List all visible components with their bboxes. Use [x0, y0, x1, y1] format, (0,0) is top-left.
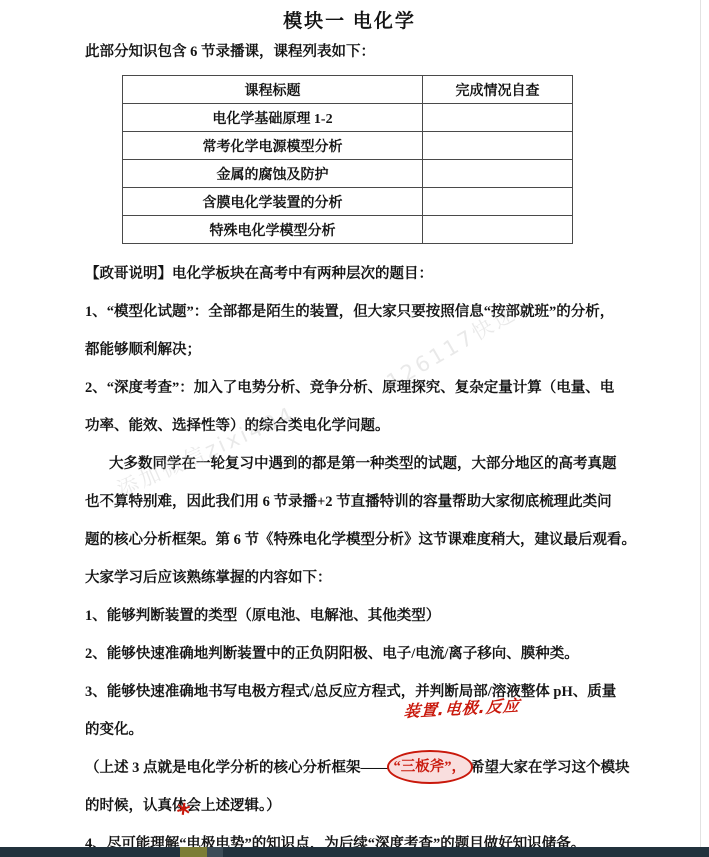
table-row: 电化学基础原理 1-2	[123, 104, 573, 132]
body-line: 题的核心分析框架。第 6 节《特殊电化学模型分析》这节课难度稍大，建议最后观看。	[85, 521, 660, 559]
line-segment: （上述 3 点就是电化学分析的核心分析框架——	[85, 760, 390, 776]
table-row: 常考化学电源模型分析	[123, 132, 573, 160]
table-row: 含膜电化学装置的分析	[123, 188, 573, 216]
completion-status-cell	[423, 188, 573, 216]
completion-status-cell	[423, 104, 573, 132]
completion-status-cell	[423, 160, 573, 188]
body-line: 2、能够快速准确地判断装置中的正负阴阳极、电子/电流/离子移向、膜种类。	[85, 635, 660, 673]
page-title: 模块一 电化学	[0, 6, 699, 33]
intro-text: 此部分知识包含 6 节录播课，课程列表如下：	[85, 40, 375, 61]
completion-status-cell	[423, 216, 573, 244]
body-line: 2、“深度考查”：加入了电势分析、竞争分析、原理探究、复杂定量计算（电量、电	[85, 369, 660, 407]
course-title-cell: 电化学基础原理 1-2	[123, 104, 423, 132]
body-line: 大家学习后应该熟练掌握的内容如下：	[85, 559, 660, 597]
page-edge-divider	[700, 0, 701, 847]
completion-status-header: 完成情况自查	[423, 76, 573, 104]
body-text: 【政哥说明】电化学板块在高考中有两种层次的题目： 1、“模型化试题”：全部都是陌…	[85, 255, 660, 857]
course-title-cell: 常考化学电源模型分析	[123, 132, 423, 160]
taskbar-item-accent[interactable]	[180, 847, 207, 857]
body-line: 功率、能效、选择性等）的综合类电化学问题。	[85, 407, 660, 445]
course-title-cell: 含膜电化学装置的分析	[123, 188, 423, 216]
line-segment: 希望大家在学习这个模块	[470, 760, 630, 776]
table-row: 金属的腐蚀及防护	[123, 160, 573, 188]
course-title-header: 课程标题	[123, 76, 423, 104]
course-title-cell: 金属的腐蚀及防护	[123, 160, 423, 188]
body-line: 1、“模型化试题”：全部都是陌生的装置，但大家只要按照信息“按部就班”的分析，	[85, 293, 660, 331]
body-line-with-circle: （上述 3 点就是电化学分析的核心分析框架——“三板斧”，希望大家在学习这个模块	[85, 749, 660, 787]
course-table: 课程标题 完成情况自查 电化学基础原理 1-2 常考化学电源模型分析 金属的腐蚀…	[122, 75, 573, 244]
completion-status-cell	[423, 132, 573, 160]
table-header-row: 课程标题 完成情况自查	[123, 76, 573, 104]
red-circle-annotation: “三板斧”，	[387, 750, 474, 784]
body-line: 1、能够判断装置的类型（原电池、电解池、其他类型）	[85, 597, 660, 635]
body-line: 3、能够快速准确地书写电极方程式/总反应方程式，并判断局部/溶液整体 pH、质量	[85, 673, 660, 711]
body-line: 的时候，认真体会上述逻辑。）	[85, 787, 660, 825]
body-line: 大多数同学在一轮复习中遇到的都是第一种类型的试题，大部分地区的高考真题	[85, 445, 660, 483]
taskbar-item-secondary[interactable]	[207, 847, 223, 857]
body-line: 都能够顺利解决；	[85, 331, 660, 369]
body-line: 的变化。	[85, 711, 660, 749]
table-row: 特殊电化学模型分析	[123, 216, 573, 244]
body-line: 【政哥说明】电化学板块在高考中有两种层次的题目：	[85, 255, 660, 293]
taskbar-strip	[0, 847, 709, 857]
course-title-cell: 特殊电化学模型分析	[123, 216, 423, 244]
document-page: 模块一 电化学 此部分知识包含 6 节录播课，课程列表如下： 课程标题 完成情况…	[0, 0, 709, 857]
body-line: 也不算特别难，因此我们用 6 节录播+2 节直播特训的容量帮助大家彻底梳理此类问	[85, 483, 660, 521]
